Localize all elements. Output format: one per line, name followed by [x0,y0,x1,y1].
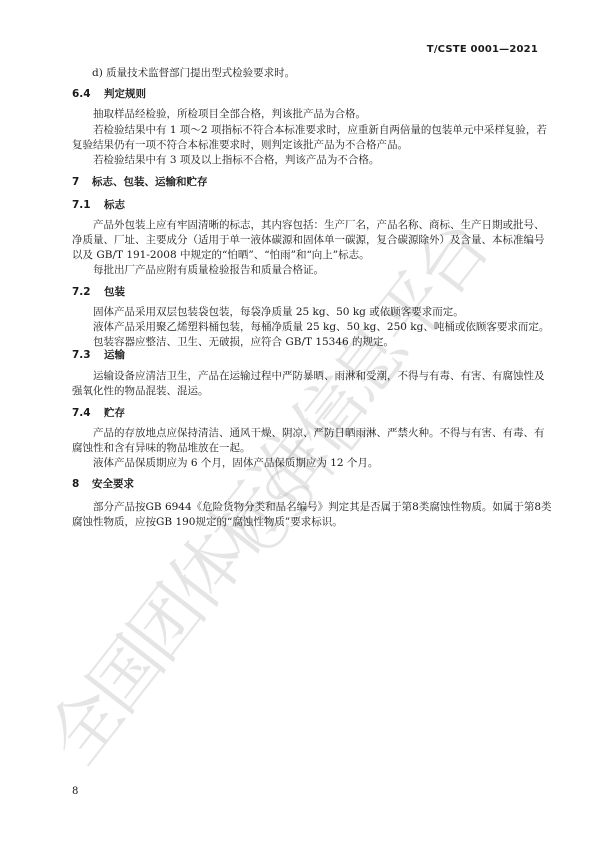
paragraph: 以及 GB/T 191-2008 中规定的“怕晒”、“怕雨”和“向上”标志。 [72,248,370,262]
section-heading-7-4: 7.4贮存 [72,406,125,420]
paragraph: 腐蚀性物质，应按GB 190规定的“腐蚀性物质”要求标识。 [72,515,343,529]
paragraph: 抽取样品经检验，所检项目全部合格，判该批产品为合格。 [93,107,366,121]
paragraph: 若检验结果中有 1 项～2 项指标不符合本标准要求时，应重新自两倍量的包装单元中… [93,123,547,137]
paragraph: 每批出厂产品应附有质量检验报告和质量合格证。 [93,263,324,277]
section-title: 包装 [104,286,125,298]
paragraph: 若检验结果中有 3 项及以上指标不合格，判该产品为不合格。 [93,153,379,167]
paragraph: 包装容器应整洁、卫生、无破损，应符合 GB/T 15346 的规定。 [93,335,394,349]
section-number: 7.2 [72,285,104,299]
section-heading-7-1: 7.1标志 [72,198,125,212]
paragraph: 净质量、厂址、主要成分（适用于单一液体碳源和固体单一碳源，复合碳源除外）及含量、… [72,233,545,247]
section-number: 7 [72,175,92,189]
paragraph: 液体产品采用聚乙烯塑料桶包装，每桶净质量 25 kg、50 kg、250 kg、… [93,320,549,334]
section-number: 7.3 [72,348,104,362]
section-title: 标志 [104,199,125,211]
section-title: 判定规则 [104,88,146,100]
section-heading-7: 7标志、包装、运输和贮存 [72,175,208,189]
paragraph: 复验结果仍有一项不符合本标准要求时，则判定该批产品为不合格产品。 [72,138,408,152]
section-heading-6-4: 6.4判定规则 [72,87,146,101]
section-number: 8 [72,477,92,491]
section-number: 7.1 [72,198,104,212]
paragraph: 固体产品采用双层包装袋包装，每袋净质量 25 kg、50 kg 或依顾客要求而定… [93,305,464,319]
paragraph: 产品外包装上应有牢固清晰的标志，其内容包括：生产厂名，产品名称、商标、生产日期或… [93,218,545,232]
section-heading-7-2: 7.2包装 [72,285,125,299]
section-title: 贮存 [104,407,125,419]
section-title: 标志、包装、运输和贮存 [92,176,208,188]
standard-code: T/CSTE 0001—2021 [427,44,538,55]
paragraph: 部分产品按GB 6944《危险货物分类和品名编号》判定其是否属于第8类腐蚀性物质… [93,500,552,514]
watermark-logo: CSTE [221,388,386,570]
section-number: 7.4 [72,406,104,420]
page-number: 8 [72,786,78,797]
section-number: 6.4 [72,87,104,101]
list-item-d: d) 质量技术监督部门提出型式检验要求时。 [92,66,295,80]
section-title: 安全要求 [92,478,134,490]
section-title: 运输 [104,349,125,361]
section-heading-7-3: 7.3运输 [72,348,125,362]
paragraph: 产品的存放地点应保持清洁、通风干燥、阴凉、严防日晒雨淋、严禁火种。不得与有害、有… [93,426,545,440]
paragraph: 强氧化性的物品混装、混运。 [72,384,209,398]
paragraph: 液体产品保质期应为 6 个月，固体产品保质期应为 12 个月。 [93,456,378,470]
section-heading-8: 8安全要求 [72,477,134,491]
paragraph: 运输设备应清洁卫生，产品在运输过程中严防暴晒、雨淋和受潮，不得与有毒、有害、有腐… [93,369,545,383]
paragraph: 腐蚀性和含有异味的物品堆放在一起。 [72,441,251,455]
